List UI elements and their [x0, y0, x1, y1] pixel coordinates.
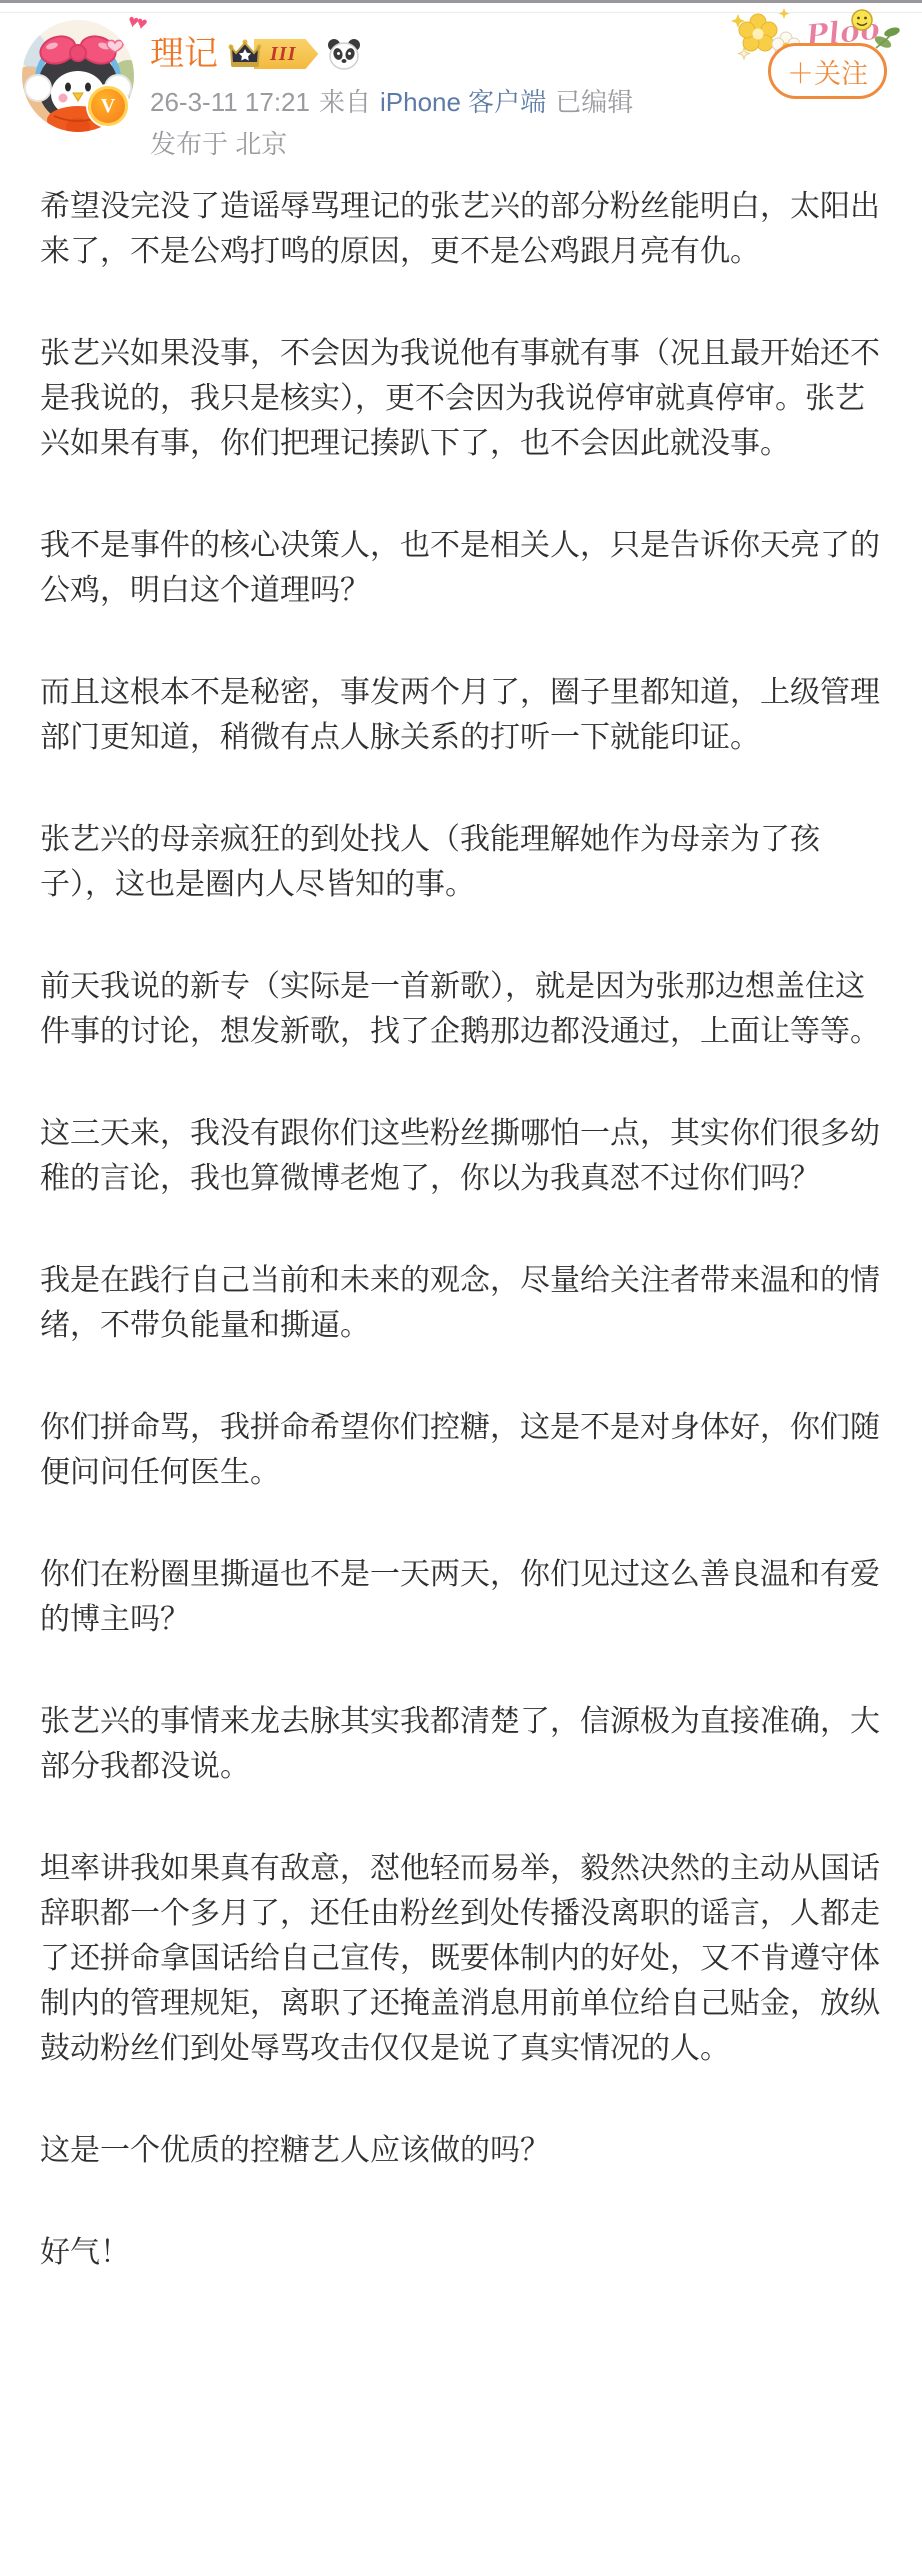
post-paragraph: 希望没完没了造谣辱骂理记的张艺兴的部分粉丝能明白，太阳出来了，不是公鸡打鸣的原因… — [40, 184, 882, 274]
panda-badge-icon — [326, 37, 362, 71]
source-prefix: 来自 — [319, 82, 371, 119]
post-paragraph: 而且这根本不是秘密，事发两个月了，圈子里都知道，上级管理部门更知道，稍微有点人脉… — [40, 670, 882, 760]
location: 发布于 北京 — [150, 124, 287, 161]
smiley-face-icon — [852, 10, 872, 30]
vip-level-badge[interactable]: III — [226, 34, 318, 74]
verified-v-letter: V — [101, 95, 115, 118]
post-paragraph: 张艺兴的事情来龙去脉其实我都清楚了，信源极为直接准确，大部分我都没说。 — [40, 1699, 882, 1789]
source-link[interactable]: iPhone 客户端 — [380, 82, 546, 119]
crown-icon — [226, 36, 264, 72]
timestamp: 26-3-11 17:21 — [150, 87, 310, 118]
avatar[interactable]: V — [22, 20, 134, 132]
post-paragraph: 这是一个优质的控糖艺人应该做的吗？ — [40, 2128, 882, 2173]
edited-badge: 已编辑 — [555, 82, 633, 119]
post-paragraph: 你们在粉圈里撕逼也不是一天两天，你们见过这么善良温和有爱的博主吗？ — [40, 1552, 882, 1642]
post-paragraph: 我是在践行自己当前和未来的观念，尽量给关注者带来温和的情绪，不带负能量和撕逼。 — [40, 1258, 882, 1348]
name-row: 理记 III — [150, 32, 362, 76]
hearts-decoration-icon: ♥♥ — [126, 10, 147, 34]
username[interactable]: 理记 — [150, 37, 218, 71]
post-paragraph: 张艺兴的母亲疯狂的到处找人（我能理解她作为母亲为了孩子），这也是圈内人尽皆知的事… — [40, 817, 882, 907]
post-header: V ♥♥ 理记 III — [0, 0, 922, 170]
yellow-flower-icon — [739, 14, 777, 51]
post-paragraph: 坦率讲我如果真有敌意，怼他轻而易举，毅然决然的主动从国话辞职都一个多月了，还任由… — [40, 1846, 882, 2071]
post-text: 希望没完没了造谣辱骂理记的张艺兴的部分粉丝能明白，太阳出来了，不是公鸡打鸣的原因… — [0, 184, 922, 2275]
verified-v-badge: V — [88, 86, 128, 126]
post-paragraph: 我不是事件的核心决策人，也不是相关人，只是告诉你天亮了的公鸡，明白这个道理吗？ — [40, 523, 882, 613]
post-paragraph: 前天我说的新专（实际是一首新歌），就是因为张那边想盖住这件事的讨论，想发新歌，找… — [40, 964, 882, 1054]
post-paragraph: 张艺兴如果没事，不会因为我说他有事就有事（况且最开始还不是我说的，我只是核实），… — [40, 331, 882, 466]
meta-row: 26-3-11 17:21 来自 iPhone 客户端 已编辑 — [150, 82, 633, 119]
follow-button[interactable]: ＋关注 — [768, 43, 887, 99]
weibo-post-page: V ♥♥ 理记 III — [0, 0, 922, 2560]
post-paragraph: 你们拼命骂，我拼命希望你们控糖，这是不是对身体好，你们随便问问任何医生。 — [40, 1405, 882, 1495]
post-paragraph: 这三天来，我没有跟你们这些粉丝撕哪怕一点，其实你们很多幼稚的言论，我也算微博老炮… — [40, 1111, 882, 1201]
post-paragraph: 好气！ — [40, 2230, 882, 2275]
